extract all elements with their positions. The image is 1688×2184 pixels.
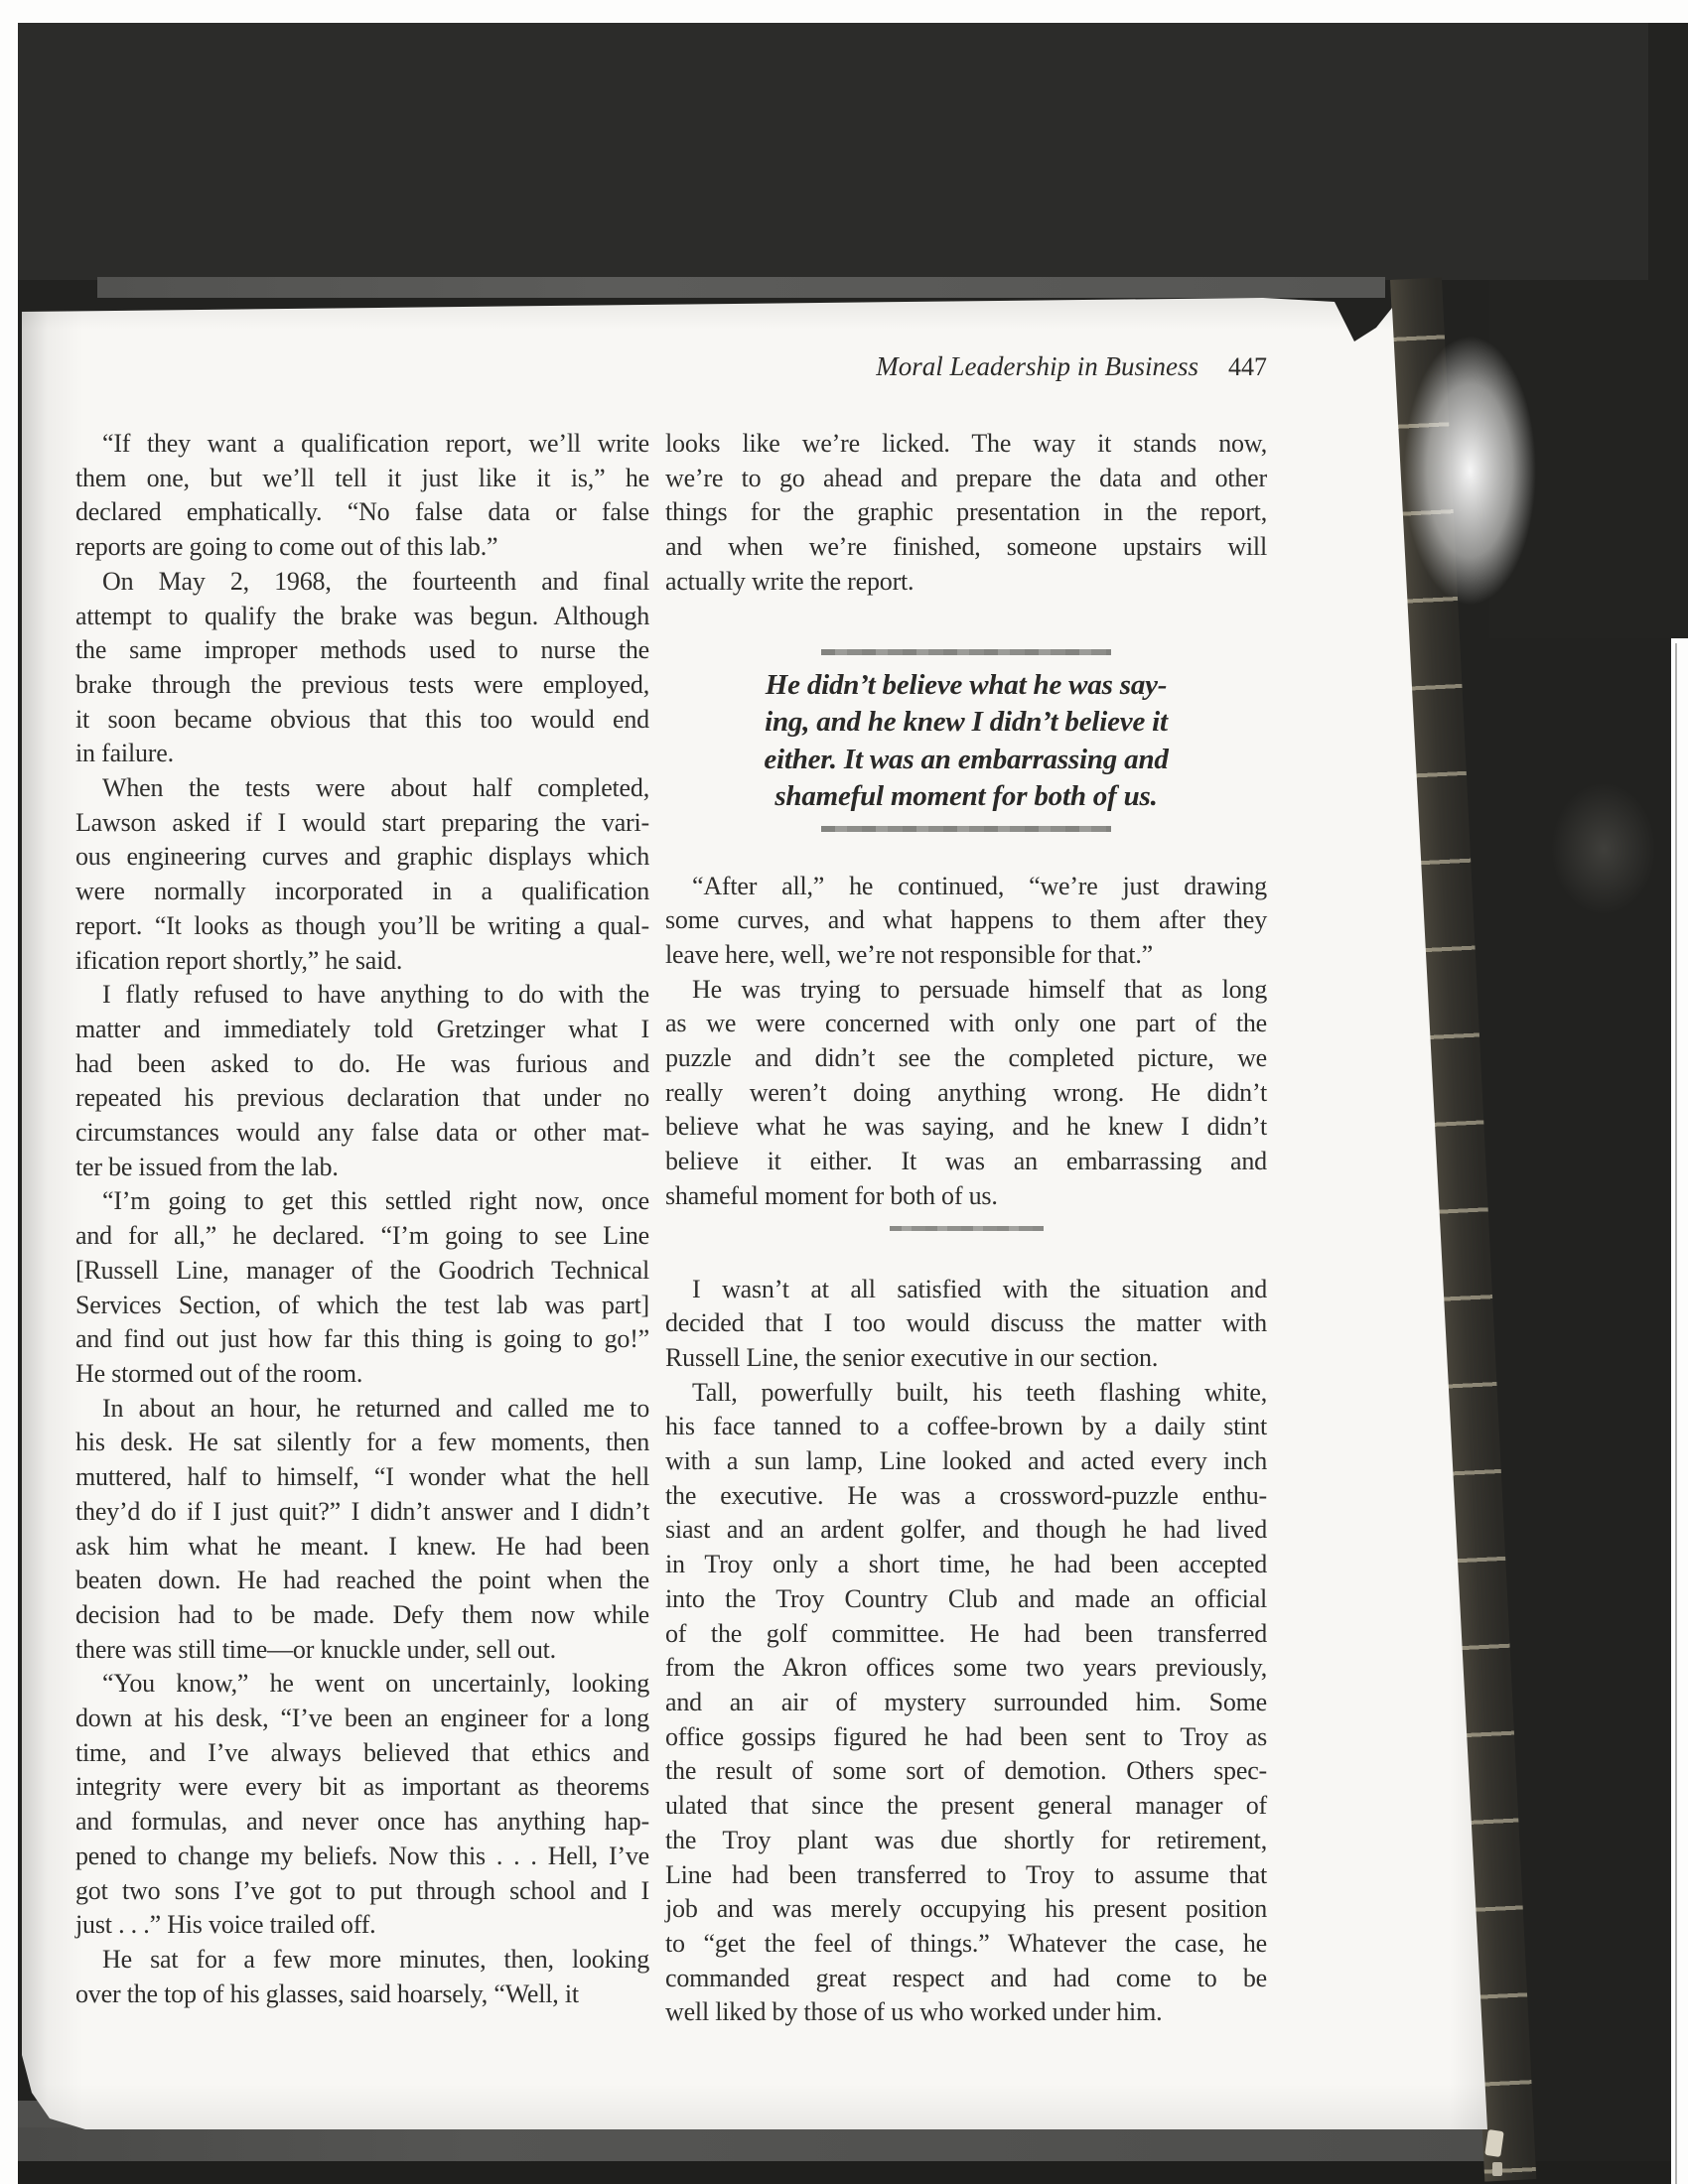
text-line: “I’m going to get this settled right now…: [75, 1184, 649, 1219]
text-line: time, and I’ve always believed that ethi…: [75, 1736, 649, 1771]
pull-quote-line: shameful moment for both of us.: [665, 778, 1267, 816]
text-line: in failure.: [75, 737, 649, 771]
text-line: Line had been transferred to Troy to ass…: [665, 1858, 1267, 1893]
text-line: repeated his previous declaration that u…: [75, 1081, 649, 1116]
paragraph: I flatly refused to have anything to do …: [75, 978, 649, 1184]
text-column-right: looks like we’re licked. The way it stan…: [665, 427, 1267, 2030]
text-line: well liked by those of us who worked und…: [665, 1995, 1267, 2030]
text-line: ulated that since the present general ma…: [665, 1789, 1267, 1824]
text-line: the same improper methods used to nurse …: [75, 633, 649, 668]
text-line: decided that I too would discuss the mat…: [665, 1306, 1267, 1341]
paragraph: looks like we’re licked. The way it stan…: [665, 427, 1267, 600]
text-column-left: “If they want a qualification report, we…: [75, 427, 649, 2011]
text-line: we’re to go ahead and prepare the data a…: [665, 462, 1267, 496]
text-line: “After all,” he continued, “we’re just d…: [665, 870, 1267, 904]
running-header: Moral Leadership in Business447: [665, 351, 1267, 382]
paragraph: I wasn’t at all satisfied with the situa…: [665, 1273, 1267, 1376]
paragraph: On May 2, 1968, the fourteenth and final…: [75, 565, 649, 771]
text-line: the result of some sort of demotion. Oth…: [665, 1754, 1267, 1789]
text-line: puzzle and didn’t see the completed pict…: [665, 1041, 1267, 1076]
text-line: Services Section, of which the test lab …: [75, 1289, 649, 1323]
text-line: leave here, well, we’re not responsible …: [665, 938, 1267, 973]
paragraph: He was trying to persuade himself that a…: [665, 973, 1267, 1214]
text-line: believe what he was saying, and he knew …: [665, 1110, 1267, 1145]
text-line: muttered, half to himself, “I wonder wha…: [75, 1460, 649, 1495]
text-line: and for all,” he declared. “I’m going to…: [75, 1219, 649, 1254]
text-line: ification report shortly,” he said.: [75, 944, 649, 979]
paragraph: “If they want a qualification report, we…: [75, 427, 649, 565]
text-line: with a sun lamp, Line looked and acted e…: [665, 1444, 1267, 1479]
text-line: circumstances would any false data or ot…: [75, 1116, 649, 1151]
scanned-book-page-photo: Moral Leadership in Business447 “If they…: [0, 0, 1688, 2184]
text-line: his desk. He sat silently for a few mome…: [75, 1426, 649, 1460]
text-line: siast and an ardent golfer, and though h…: [665, 1513, 1267, 1548]
section-divider-rule: [890, 1226, 1044, 1231]
text-line: to “get the feel of things.” Whatever th…: [665, 1927, 1267, 1962]
pull-quote: He didn’t believe what he was say-ing, a…: [665, 649, 1267, 832]
text-line: and when we’re finished, someone upstair…: [665, 530, 1267, 565]
text-line: Lawson asked if I would start preparing …: [75, 806, 649, 841]
text-line: integrity were every bit as important as…: [75, 1770, 649, 1805]
text-line: as we were concerned with only one part …: [665, 1007, 1267, 1041]
paragraph: When the tests were about half completed…: [75, 771, 649, 978]
book-cover-top-band: [18, 23, 1648, 280]
text-line: beaten down. He had reached the point wh…: [75, 1564, 649, 1598]
paragraph: Tall, powerfully built, his teeth flashi…: [665, 1376, 1267, 2030]
text-line: and an air of mystery surrounded him. So…: [665, 1686, 1267, 1720]
text-line: I flatly refused to have anything to do …: [75, 978, 649, 1013]
text-line: ter be issued from the lab.: [75, 1151, 649, 1185]
text-line: office gossips figured he had been sent …: [665, 1720, 1267, 1755]
text-line: actually write the report.: [665, 565, 1267, 600]
text-line: things for the graphic presentation in t…: [665, 495, 1267, 530]
cover-bottom-dark-band: [18, 2161, 1671, 2184]
text-line: [Russell Line, manager of the Goodrich T…: [75, 1254, 649, 1289]
text-line: matter and immediately told Gretzinger w…: [75, 1013, 649, 1047]
camera-flash-glare: [1385, 288, 1574, 745]
text-line: report. “It looks as though you’ll be wr…: [75, 909, 649, 944]
text-line: job and was merely occupying his present…: [665, 1892, 1267, 1927]
paragraph: “You know,” he went on uncertainly, look…: [75, 1667, 649, 1943]
text-line: there was still time—or knuckle under, s…: [75, 1633, 649, 1668]
text-line: and find out just how far this thing is …: [75, 1322, 649, 1357]
text-line: shameful moment for both of us.: [665, 1179, 1267, 1214]
text-line: decision had to be made. Defy them now w…: [75, 1598, 649, 1633]
text-line: were normally incorporated in a qualific…: [75, 875, 649, 909]
text-line: On May 2, 1968, the fourteenth and final: [75, 565, 649, 600]
text-line: ask him what he meant. I knew. He had be…: [75, 1530, 649, 1565]
cover-edge-gray-strip-top: [97, 277, 1385, 298]
cover-edge-gray-strip-bottom: [18, 2127, 1531, 2161]
text-line: He was trying to persuade himself that a…: [665, 973, 1267, 1008]
pull-quote-text: He didn’t believe what he was say-ing, a…: [665, 667, 1267, 816]
text-line: his face tanned to a coffee-brown by a d…: [665, 1410, 1267, 1444]
paragraph: “I’m going to get this settled right now…: [75, 1184, 649, 1391]
text-line: got two sons I’ve got to put through sch…: [75, 1874, 649, 1909]
text-line: reports are going to come out of this la…: [75, 530, 649, 565]
text-line: in Troy only a short time, he had been a…: [665, 1548, 1267, 1582]
text-line: He stormed out of the room.: [75, 1357, 649, 1392]
text-line: them one, but we’ll tell it just like it…: [75, 462, 649, 496]
pull-quote-line: He didn’t believe what he was say-: [665, 667, 1267, 705]
pull-quote-line: either. It was an embarrassing and: [665, 742, 1267, 779]
text-line: looks like we’re licked. The way it stan…: [665, 427, 1267, 462]
faint-reflection: [1529, 754, 1678, 943]
text-line: had been asked to do. He was furious and: [75, 1047, 649, 1082]
text-line: of the golf committee. He had been trans…: [665, 1617, 1267, 1652]
text-line: He sat for a few more minutes, then, loo…: [75, 1943, 649, 1978]
text-line: the Troy plant was due shortly for retir…: [665, 1824, 1267, 1858]
text-line: into the Troy Country Club and made an o…: [665, 1582, 1267, 1617]
pull-quote-bottom-rule: [821, 826, 1111, 832]
text-line: some curves, and what happens to them af…: [665, 903, 1267, 938]
text-line: Russell Line, the senior executive in ou…: [665, 1341, 1267, 1376]
text-line: over the top of his glasses, said hoarse…: [75, 1978, 649, 2012]
text-line: really weren’t doing anything wrong. He …: [665, 1076, 1267, 1111]
binding-tape-speck: [1492, 2162, 1502, 2176]
paragraph: In about an hour, he returned and called…: [75, 1392, 649, 1668]
pull-quote-top-rule: [821, 649, 1111, 655]
running-header-title: Moral Leadership in Business: [876, 351, 1198, 381]
text-line: it soon became obvious that this too wou…: [75, 703, 649, 738]
text-line: ous engineering curves and graphic displ…: [75, 840, 649, 875]
text-line: pened to change my beliefs. Now this . .…: [75, 1840, 649, 1874]
text-line: Tall, powerfully built, his teeth flashi…: [665, 1376, 1267, 1411]
paragraph: He sat for a few more minutes, then, loo…: [75, 1943, 649, 2011]
text-line: believe it either. It was an embarrassin…: [665, 1145, 1267, 1179]
text-line: brake through the previous tests were em…: [75, 668, 649, 703]
text-line: the executive. He was a crossword-puzzle…: [665, 1479, 1267, 1514]
text-line: just . . .” His voice trailed off.: [75, 1908, 649, 1943]
text-line: attempt to qualify the brake was begun. …: [75, 600, 649, 634]
text-line: declared emphatically. “No false data or…: [75, 495, 649, 530]
text-line: I wasn’t at all satisfied with the situa…: [665, 1273, 1267, 1307]
text-line: “If they want a qualification report, we…: [75, 427, 649, 462]
text-line: they’d do if I just quit?” I didn’t answ…: [75, 1495, 649, 1530]
text-line: and formulas, and never once has anythin…: [75, 1805, 649, 1840]
text-line: down at his desk, “I’ve been an engineer…: [75, 1702, 649, 1736]
text-line: “You know,” he went on uncertainly, look…: [75, 1667, 649, 1702]
pull-quote-line: ing, and he knew I didn’t believe it: [665, 704, 1267, 742]
page-number: 447: [1228, 352, 1267, 381]
paragraph: “After all,” he continued, “we’re just d…: [665, 870, 1267, 973]
text-line: In about an hour, he returned and called…: [75, 1392, 649, 1427]
text-line: commanded great respect and had come to …: [665, 1962, 1267, 1996]
text-line: When the tests were about half completed…: [75, 771, 649, 806]
text-line: from the Akron offices some two years pr…: [665, 1651, 1267, 1686]
photo-right-margin-line: [1675, 643, 1677, 2184]
